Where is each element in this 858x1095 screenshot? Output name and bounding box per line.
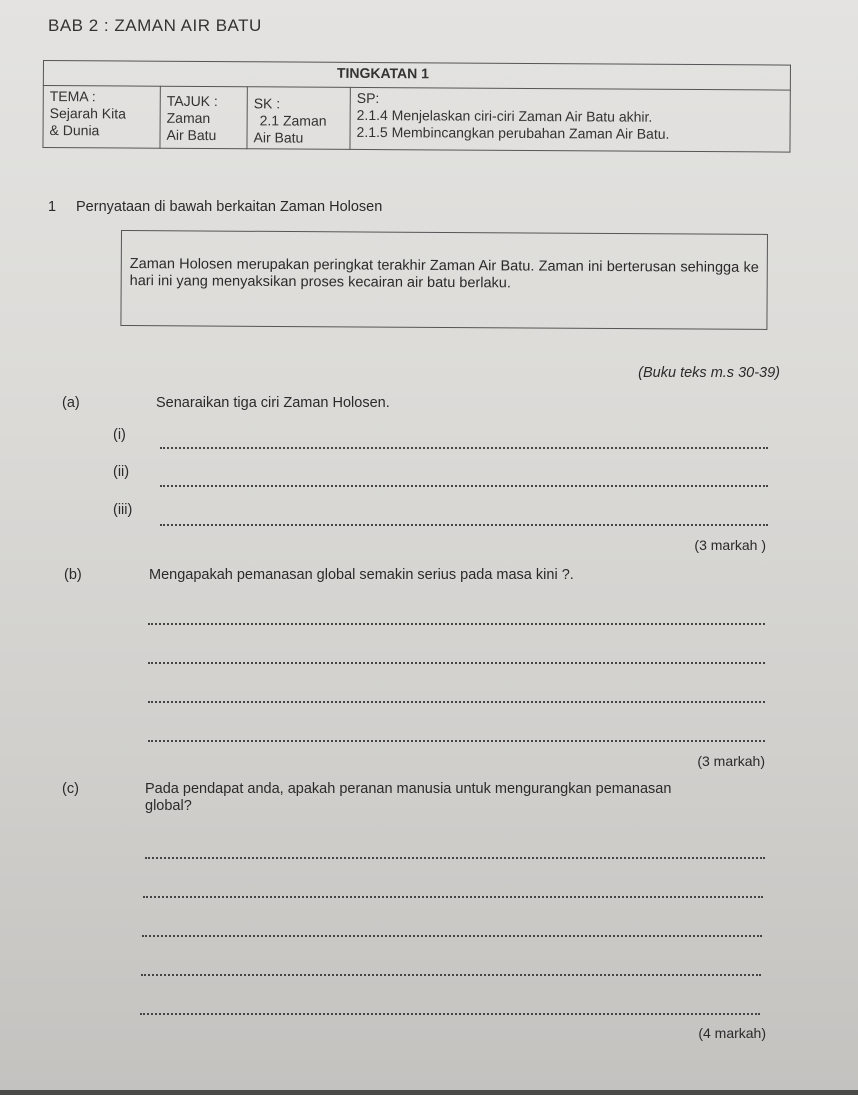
part-b-label: (b) xyxy=(64,567,82,583)
learning-standards-table: TINGKATAN 1 TEMA : Sejarah Kita & Dunia … xyxy=(42,60,791,153)
part-a-sub-label-ii: (ii) xyxy=(113,464,129,480)
sk-value-line-2: Air Batu xyxy=(253,129,343,147)
tema-cell: TEMA : Sejarah Kita & Dunia xyxy=(43,86,160,149)
tajuk-cell: TAJUK : Zaman Air Batu xyxy=(160,86,247,149)
answer-line-b-4[interactable] xyxy=(148,740,765,742)
answer-line-c-5[interactable] xyxy=(140,1013,760,1015)
sk-label: SK : xyxy=(254,95,344,113)
answer-line-b-3[interactable] xyxy=(148,701,765,703)
part-c-question-line-1: Pada pendapat anda, apakah peranan manus… xyxy=(145,781,671,797)
part-a-question: Senaraikan tiga ciri Zaman Holosen. xyxy=(156,395,390,411)
part-b-question: Mengapakah pemanasan global semakin seri… xyxy=(149,567,574,583)
textbook-reference: (Buku teks m.s 30-39) xyxy=(638,365,780,381)
chapter-title: BAB 2 : ZAMAN AIR BATU xyxy=(48,16,262,36)
answer-line-c-4[interactable] xyxy=(141,974,761,976)
tema-label: TEMA : xyxy=(50,88,154,106)
tajuk-label: TAJUK : xyxy=(167,93,241,110)
sk-cell: SK : 2.1 Zaman Air Batu xyxy=(247,87,350,150)
sk-value-line-1: 2.1 Zaman xyxy=(254,112,344,130)
question-number: 1 xyxy=(48,199,56,215)
tema-value-line-1: Sejarah Kita xyxy=(50,105,154,123)
sp-cell: SP: 2.1.4 Menjelaskan ciri-ciri Zaman Ai… xyxy=(350,87,790,152)
part-c-question-line-2: global? xyxy=(145,798,192,814)
part-a-sub-label-iii: (iii) xyxy=(113,502,132,518)
answer-line-c-3[interactable] xyxy=(142,935,762,937)
part-c-label: (c) xyxy=(62,781,79,797)
part-a-sub-label-i: (i) xyxy=(113,427,126,443)
part-b-marks: (3 markah) xyxy=(697,753,765,769)
tajuk-value-line-2: Air Batu xyxy=(166,127,240,144)
answer-line-a-ii[interactable] xyxy=(160,485,768,487)
form-level-heading: TINGKATAN 1 xyxy=(337,65,429,82)
answer-line-c-2[interactable] xyxy=(143,896,763,898)
page-edge-shadow xyxy=(0,1090,858,1095)
answer-line-a-i[interactable] xyxy=(160,447,768,449)
part-c-marks: (4 markah) xyxy=(698,1025,766,1041)
answer-line-b-1[interactable] xyxy=(148,623,765,625)
question-stem: Pernyataan di bawah berkaitan Zaman Holo… xyxy=(76,199,382,215)
tajuk-value-line-1: Zaman xyxy=(167,110,241,127)
answer-line-c-1[interactable] xyxy=(145,857,765,859)
answer-line-b-2[interactable] xyxy=(148,662,765,664)
answer-line-a-iii[interactable] xyxy=(160,524,768,526)
sp-item: 2.1.5 Membincangkan perubahan Zaman Air … xyxy=(357,124,784,144)
tema-value-line-2: & Dunia xyxy=(50,122,154,140)
statement-box: Zaman Holosen merupakan peringkat terakh… xyxy=(120,230,768,330)
statement-text: Zaman Holosen merupakan peringkat terakh… xyxy=(130,256,759,291)
part-a-marks: (3 markah ) xyxy=(694,537,766,553)
part-a-label: (a) xyxy=(62,395,80,411)
